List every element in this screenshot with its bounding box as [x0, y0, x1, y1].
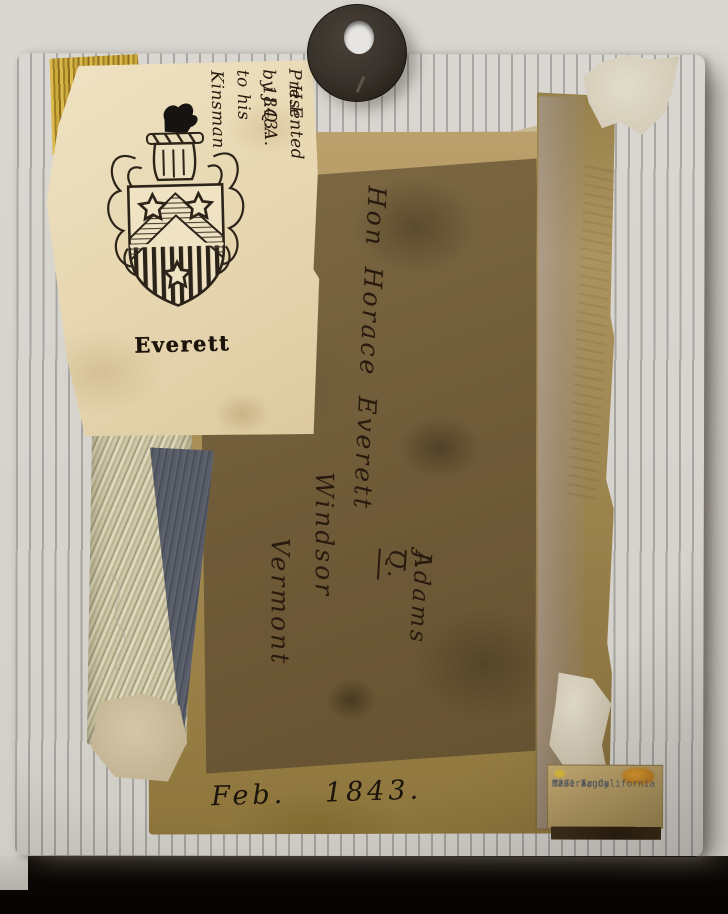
photograph-daguerreotype-back: Presented by J.Q.A. to his Kinsman H.E. …: [0, 0, 728, 914]
hanger-screw: [349, 73, 372, 96]
table-surface: [0, 856, 728, 914]
wooden-frame-back: Presented by J.Q.A. to his Kinsman H.E. …: [15, 53, 705, 857]
bookplate-name: Everett: [134, 330, 231, 357]
everett-bookplate: Presented by J.Q.A. to his Kinsman H.E. …: [43, 60, 324, 441]
coat-of-arms: [94, 95, 258, 327]
address-label: Mrs. Tandy 1221 Argus Madera, California: [547, 764, 663, 828]
screw-slot: [356, 76, 366, 93]
hanger-disc: [307, 4, 407, 102]
pencil-scribble: [99, 568, 153, 678]
inscription-state: Vermont: [265, 538, 294, 666]
yellow-stain: [554, 770, 565, 778]
turner-note-line2: of the earliest daguerreotypes.: [2, 115, 52, 275]
address-line3: Madera, California: [552, 778, 655, 791]
presentation-note-line2: H.E. 1843.: [255, 68, 309, 136]
crumpled-paper-bottom-left: [91, 693, 187, 781]
turner-note-line1: Prof. J. Turner says this is one: [0, 115, 50, 174]
dark-strip-under-label: [551, 827, 661, 840]
hanger-hole: [344, 21, 374, 54]
inscription-town: Windsor: [310, 472, 339, 598]
backdrop-edge: [0, 856, 28, 890]
